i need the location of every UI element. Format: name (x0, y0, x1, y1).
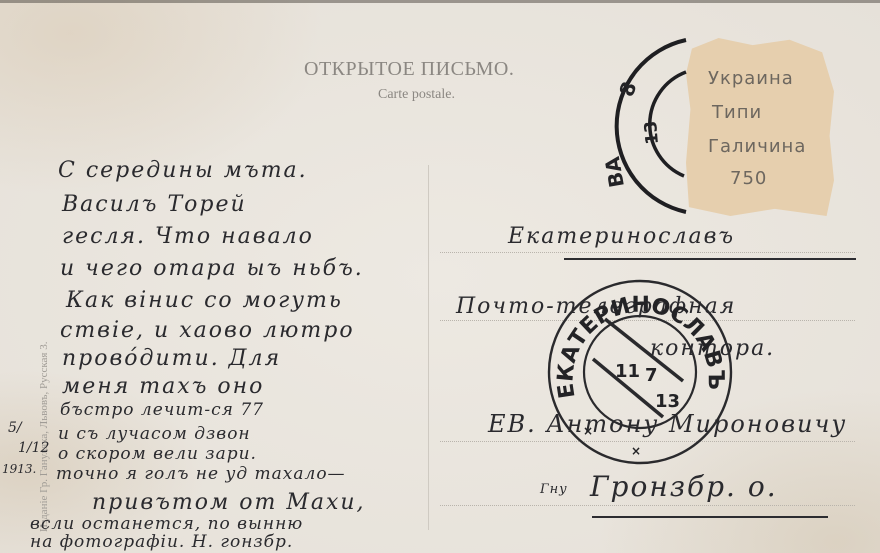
address-line (440, 252, 855, 253)
address-line (440, 505, 855, 506)
name-underline (592, 516, 828, 518)
message-line: и чего отара ыъ ньбъ. (60, 256, 364, 281)
pencil-note-line: Типи (712, 102, 762, 123)
postcard-subtitle: Carte postale. (378, 87, 455, 103)
postmark-month: 7 (645, 365, 658, 386)
city-underline (564, 258, 856, 260)
message-line: Как вiнис со могуть (66, 288, 343, 313)
message-line: ствiе, и хаово лютро (60, 318, 355, 343)
address-line-5: Гронзбр. о. (590, 470, 778, 503)
message-line: С середины мъта. (58, 158, 308, 183)
message-line: прово́дити. Для (62, 346, 281, 371)
postcard-title: ОТКРЫТОЕ ПИСЬМО. (304, 58, 514, 81)
svg-text:×: × (583, 424, 593, 438)
message-line: точно я голъ не уд тахало— (56, 464, 346, 484)
message-line: на фотографiи. Н. гонзбр. (30, 532, 293, 552)
margin-note-line: 1/12 (18, 440, 49, 456)
svg-text:×: × (631, 444, 641, 458)
card-edge (0, 0, 880, 3)
postcard: ОТКРЫТОЕ ПИСЬМО. Carte postale. Изданіе … (0, 0, 880, 553)
message-line: гесля. Что навало (62, 224, 314, 249)
postmark-top-date: 13 (641, 120, 663, 145)
center-divider (428, 165, 429, 530)
postmark-top: 8 ВА 13 (596, 36, 696, 216)
message-line: всли останется, по вынню (30, 514, 303, 534)
margin-note-line: 5/ (8, 420, 22, 436)
paper-remnant (686, 38, 834, 216)
address-city: Екатеринославъ (508, 224, 735, 249)
margin-note-line: 1913. (2, 462, 36, 476)
pencil-note-line: Галичина (708, 136, 806, 157)
message-line: меня тахъ оно (62, 374, 264, 399)
message-line: и съ лучасом дзвон (58, 424, 251, 444)
message-line: Василъ Торей (62, 192, 247, 217)
postmark-main: ЕКАТЕРИНОСЛАВЪ 11 7 13 × × (545, 277, 735, 467)
message-line: бъстро лечит-ся 77 (60, 400, 264, 420)
postmark-year: 13 (655, 391, 680, 412)
message-line: привътом от Махи, (92, 490, 366, 515)
message-line: о скором вели зари. (58, 444, 257, 464)
publisher-imprint: Изданіе Гр. Гануляка, Львовъ, Русская 3. (38, 342, 50, 533)
pencil-note-line: Украина (708, 68, 794, 89)
postmark-day: 11 (615, 361, 640, 382)
pencil-note-line: 750 (730, 168, 767, 189)
address-prefix: Гну (540, 482, 568, 497)
